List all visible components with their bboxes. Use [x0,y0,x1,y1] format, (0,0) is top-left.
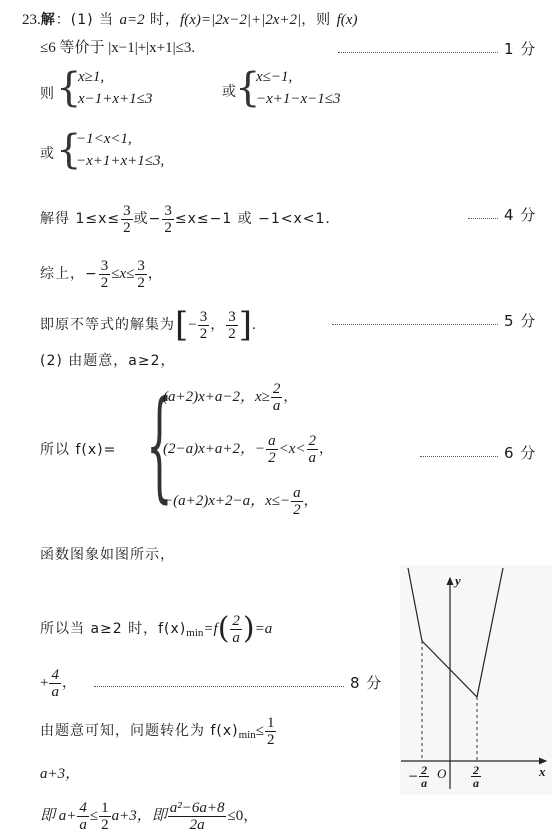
frac-den: a [419,777,429,789]
y-axis-label: y [455,572,461,590]
tick-label-pos: 2a [470,764,482,789]
function-graph-svg [0,0,558,838]
fraction-2-a: 2a [471,764,481,789]
tick-label-neg: −2a [408,764,430,789]
minus: − [408,769,418,783]
x-axis-label: x [539,763,546,781]
origin-label: O [437,765,446,783]
fraction-2-a: 2a [419,764,429,789]
frac-den: a [471,777,481,789]
